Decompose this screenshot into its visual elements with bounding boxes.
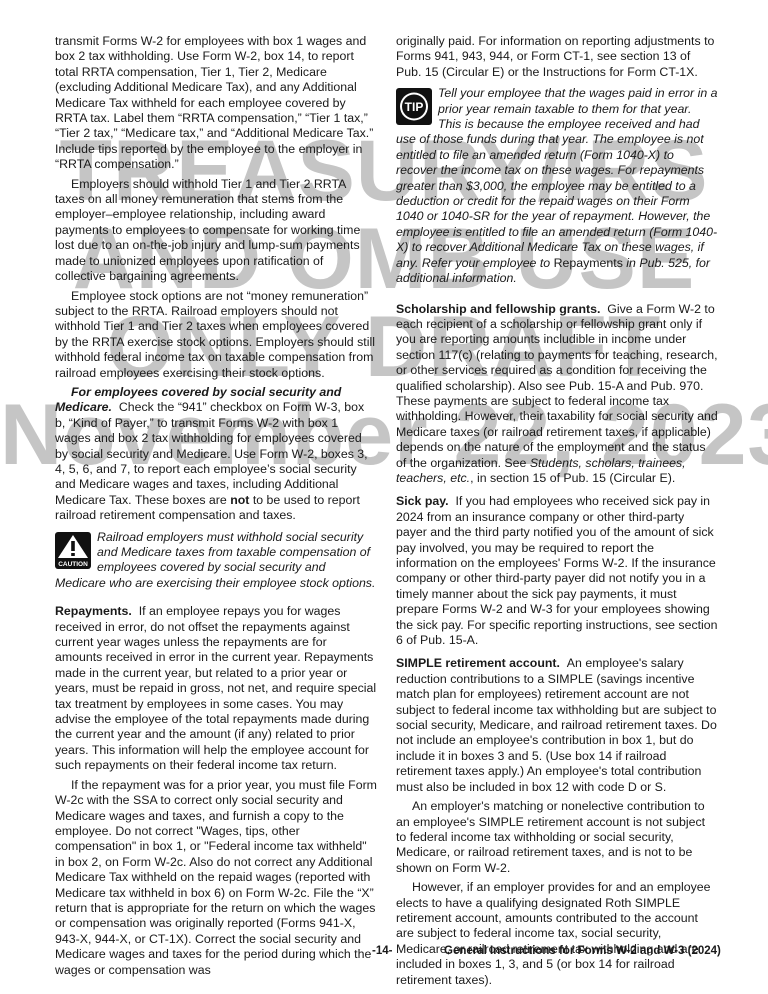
tip-text: Tell your employee that the wages paid i…: [396, 86, 718, 285]
section-heading: Scholarship and fellowship grants.: [396, 302, 600, 316]
caution-callout: CAUTION Railroad employers must withhold…: [55, 530, 377, 592]
caution-text: Railroad employers must withhold social …: [55, 530, 375, 590]
stock-options-paragraph: Employee stock options are not “money re…: [55, 289, 377, 381]
page-number: -14-: [372, 945, 392, 957]
right-column: originally paid. For information on repo…: [396, 34, 718, 988]
svg-text:TIP: TIP: [405, 100, 424, 114]
left-column: transmit Forms W-2 for employees with bo…: [55, 34, 377, 978]
section-heading: SIMPLE retirement account.: [396, 656, 560, 670]
roth-simple-paragraph: However, if an employer provides for and…: [396, 880, 718, 988]
sick-pay-paragraph: Sick pay. If you had employees who recei…: [396, 494, 718, 648]
prior-year-repayment-paragraph: If the repayment was for a prior year, y…: [55, 778, 377, 978]
tip-callout: TIP Tell your employee that the wages pa…: [396, 86, 718, 286]
repayments-reference: Repayments: [554, 256, 623, 270]
section-heading: Repayments.: [55, 604, 132, 618]
scholarship-paragraph: Scholarship and fellowship grants. Give …: [396, 302, 718, 487]
repayments-paragraph: Repayments. If an employee repays you fo…: [55, 604, 377, 773]
section-heading: Sick pay.: [396, 494, 449, 508]
employer-match-paragraph: An employer's matching or nonelective co…: [396, 799, 718, 876]
social-security-medicare-paragraph: For employees covered by social security…: [55, 385, 377, 524]
svg-text:CAUTION: CAUTION: [58, 561, 88, 568]
rrta-paragraph: transmit Forms W-2 for employees with bo…: [55, 34, 377, 173]
document-title: General Instructions for Forms W-2 and W…: [444, 945, 721, 957]
tip-icon: TIP: [396, 88, 432, 125]
simple-retirement-paragraph: SIMPLE retirement account. An employee's…: [396, 656, 718, 795]
adjustments-paragraph: originally paid. For information on repo…: [396, 34, 718, 80]
tier-withholding-paragraph: Employers should withhold Tier 1 and Tie…: [55, 177, 377, 285]
caution-icon: CAUTION: [55, 532, 91, 569]
